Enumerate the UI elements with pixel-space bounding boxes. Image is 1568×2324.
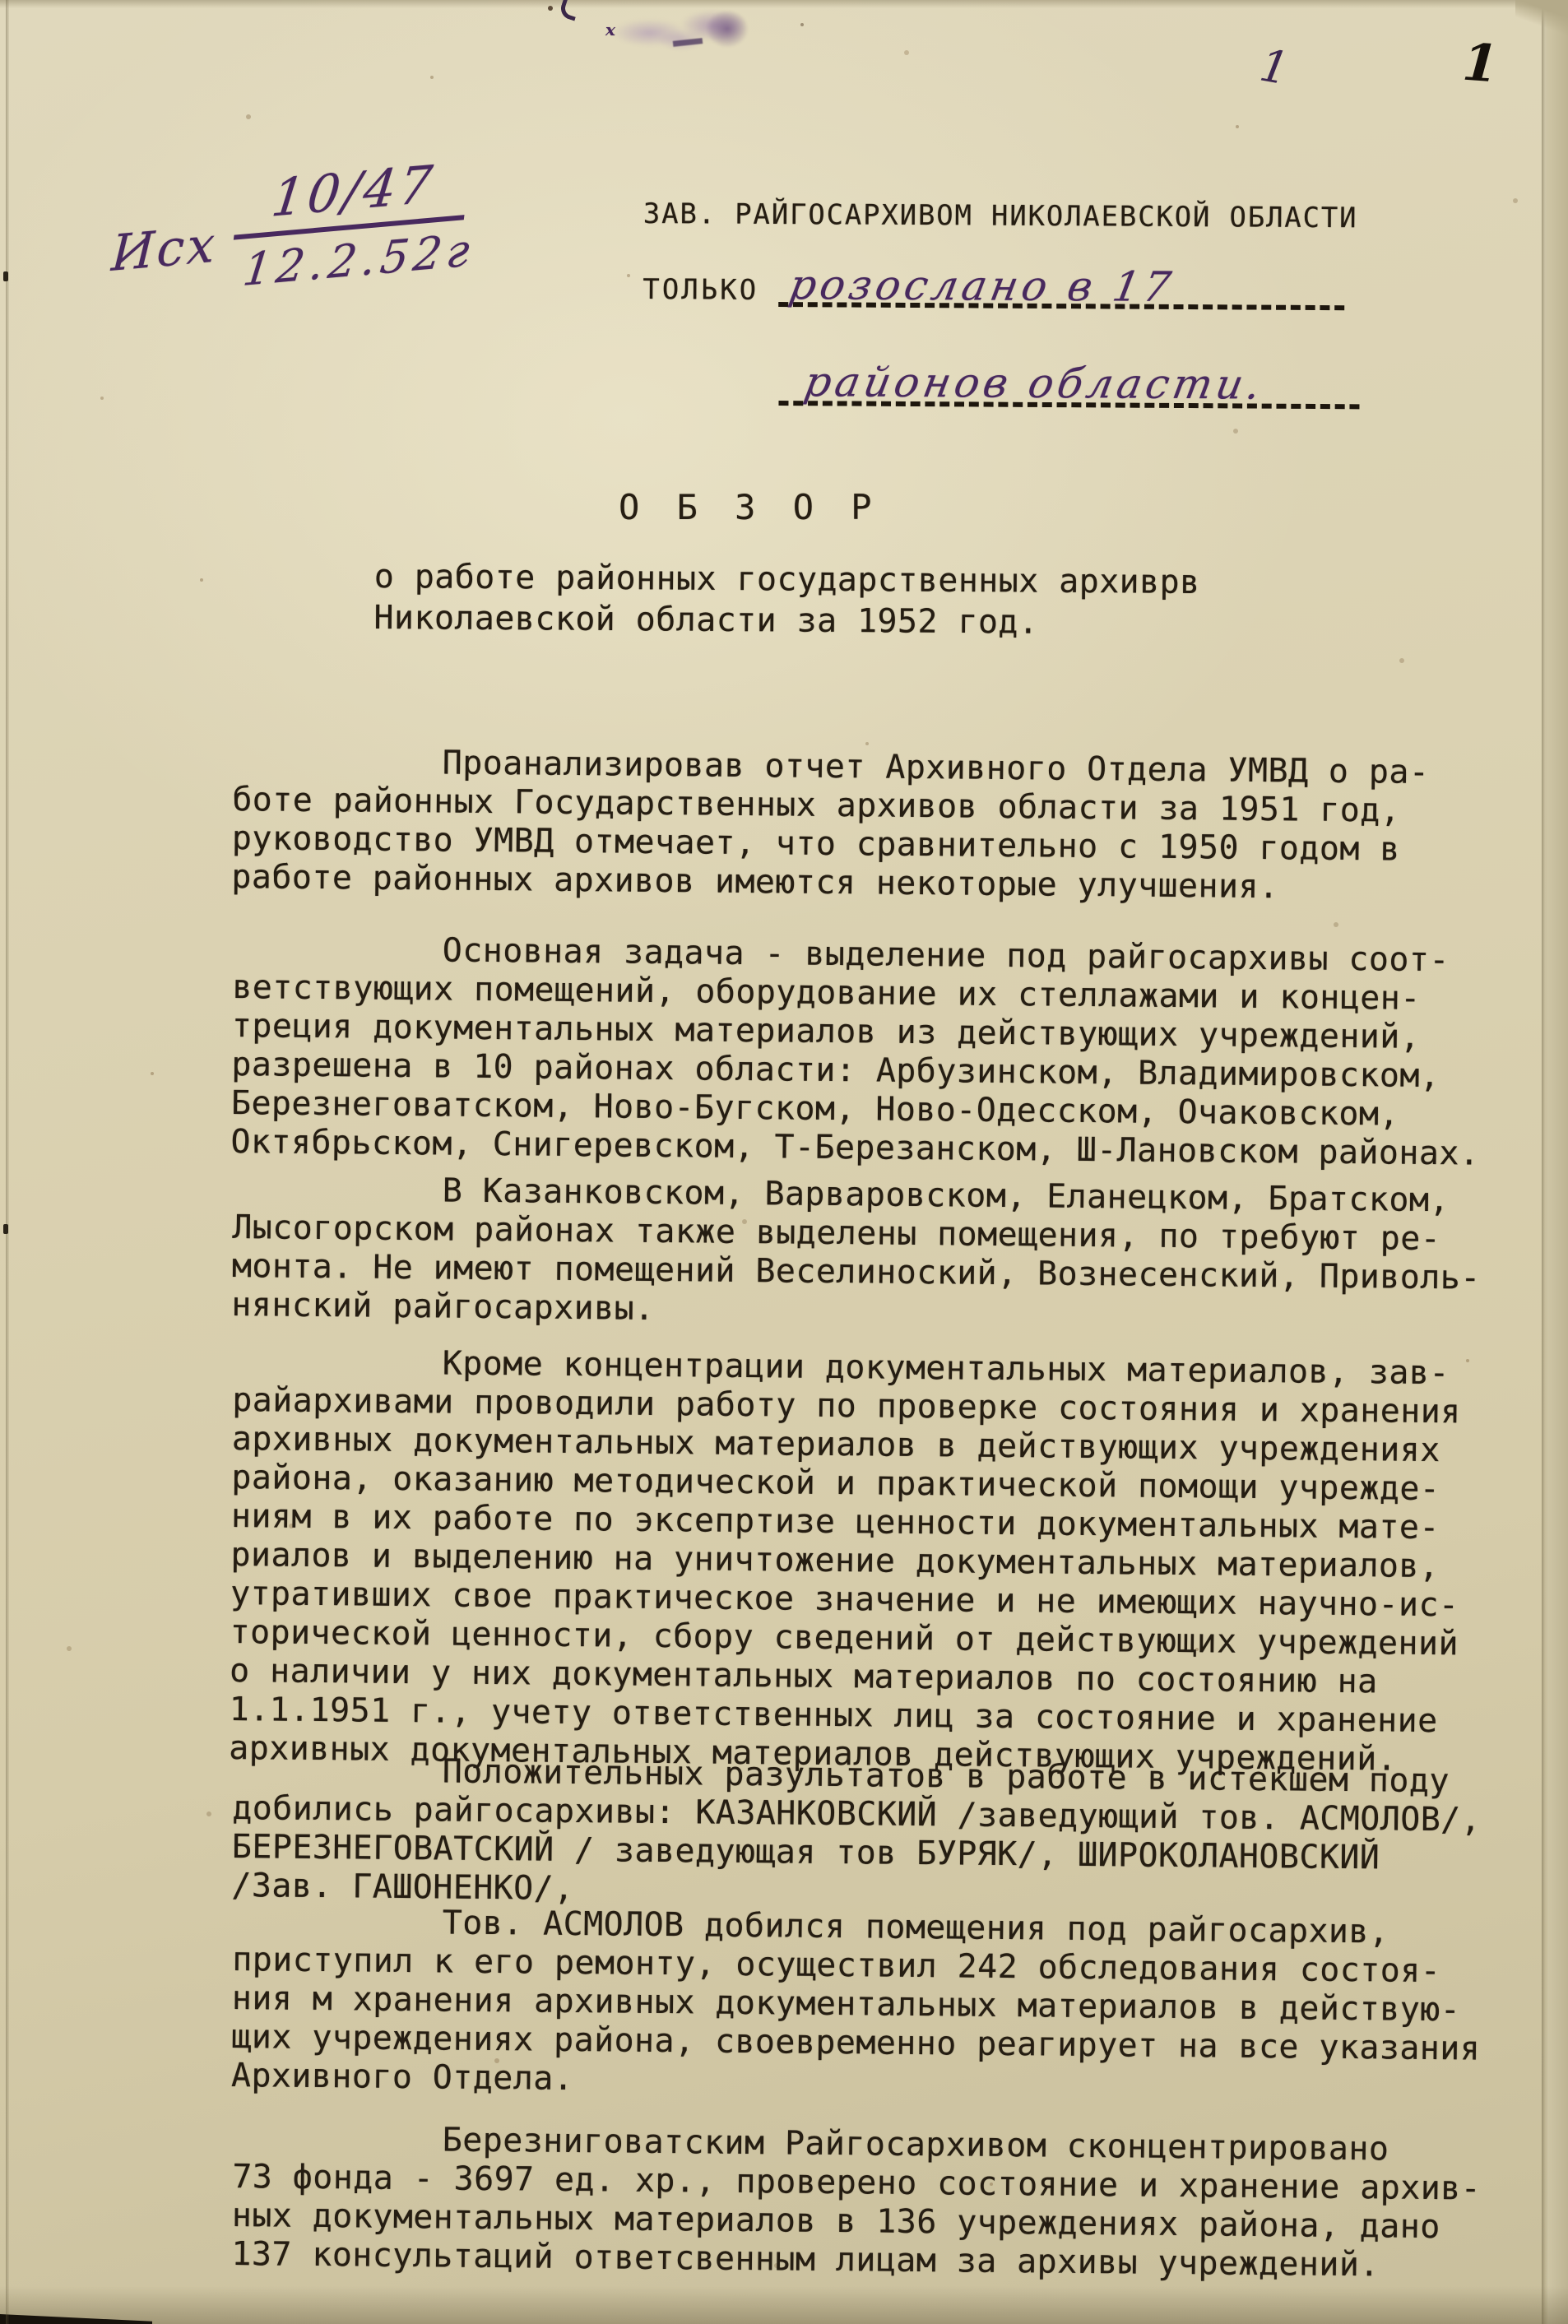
- document-header: ЗАВ. РАЙГОСАРХИВОМ НИКОЛАЕВСКОЙ ОБЛАСТИ …: [642, 197, 1417, 410]
- only-label: ТОЛЬКО: [643, 273, 758, 307]
- handwritten-distribution-line-2: районов области.: [800, 358, 1269, 408]
- scanned-document-page: x 1 1 Исх 10/47 12.2.52г ЗАВ. РАЙГОСАРХИ…: [0, 0, 1568, 2324]
- addressee-line: ЗАВ. РАЙГОСАРХИВОМ НИКОЛАЕВСКОЙ ОБЛАСТИ: [643, 197, 1417, 235]
- handwritten-distribution-line-1: розослано в 17: [786, 261, 1178, 311]
- fill-in-line: районов области.: [778, 355, 1359, 409]
- paper-bottom-shadow: [0, 2286, 1568, 2324]
- fill-in-line: розослано в 17: [778, 264, 1344, 310]
- page-number-black: 1: [1461, 32, 1501, 95]
- binding-crease: [6, 0, 9, 2324]
- binding-stitch: [3, 271, 8, 281]
- paper-top-right-corner: [1515, 0, 1568, 39]
- x-pen-mark: x: [605, 20, 615, 30]
- binding-stitch: [3, 1224, 8, 1234]
- page-number-purple: 1: [1256, 39, 1293, 95]
- paragraph-1: Проанализировав отчет Архивного Отдела У…: [231, 742, 1566, 910]
- paragraph-2: Основная задача - выделение под райгосар…: [230, 930, 1566, 1175]
- distribution-row: ТОЛЬКО розослано в 17: [643, 263, 1416, 311]
- paragraph-5: Положительных разультатов в работе в ист…: [231, 1751, 1566, 1918]
- stray-pen-mark: [558, 0, 581, 21]
- paragraph-3: В Казанковском, Варваровском, Еланецком,…: [231, 1170, 1566, 1338]
- paragraph-7: Березниговатским Райгосархивом сконцентр…: [231, 2119, 1566, 2287]
- paper-top-edge: [0, 0, 1568, 8]
- ink-smudge-dark: [706, 10, 749, 48]
- document-subtitle: о работе районных государственных архивр…: [373, 556, 1362, 645]
- outgoing-number-fraction: 10/47 12.2.52г: [234, 151, 476, 296]
- paragraph-6: Тов. АСМОЛОВ добился помещения под райго…: [231, 1902, 1566, 2108]
- outgoing-label: Исх: [110, 216, 219, 283]
- paragraph-4: Кроме концентрации документальных матери…: [229, 1343, 1566, 1781]
- document-title: О Б З О Р: [619, 487, 880, 527]
